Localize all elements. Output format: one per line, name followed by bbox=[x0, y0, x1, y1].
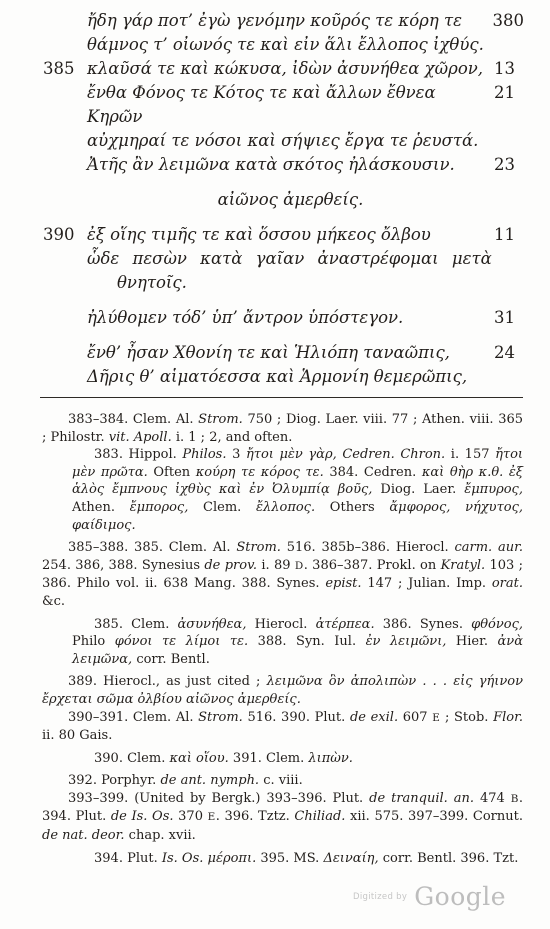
verse-line: αἰῶνος ἀμερθείς. bbox=[43, 188, 524, 212]
footnote-segment: Hier. bbox=[446, 634, 497, 649]
verse-line: ὧδε πεσὼν κατὰ γαῖαν ἀναστρέφομαι μετὰ bbox=[43, 247, 524, 271]
footnote-segment: orat. bbox=[492, 576, 523, 591]
footnote-segment: 516. 385b–386. Hierocl. bbox=[281, 540, 455, 555]
verse-ref-number: 24 bbox=[494, 341, 524, 365]
footnote-segment: de prov. bbox=[204, 558, 257, 573]
footnote-segment: corr. Bentl. bbox=[132, 652, 210, 667]
footnote-segment: i. 1 ; 2, and often. bbox=[172, 430, 293, 445]
footnote-segment: 392. Porphyr. bbox=[68, 773, 160, 788]
footnote-segment: 385. Clem. bbox=[94, 617, 178, 632]
footnote-segment: de Is. Os. bbox=[111, 809, 174, 824]
footnote-segment: 390–391. Clem. Al. bbox=[68, 710, 198, 725]
footnote-paragraph: 383. Hippol. Philos. 3 ἤτοι μὲν γὰρ, Ced… bbox=[72, 446, 523, 534]
footnote-segment: 384. Cedren. bbox=[324, 465, 422, 480]
footnote-segment: Strom. bbox=[198, 412, 243, 427]
footnote-segment: Flor. bbox=[493, 710, 523, 725]
verse-text: Δῆρις θ’ αἱματόεσσα καὶ Ἁρμονίη θεμερῶπι… bbox=[87, 365, 494, 389]
footnote-segment: ἔμπυρος, bbox=[464, 482, 523, 497]
footnote-segment: 389. Hierocl., as just cited ; bbox=[68, 674, 267, 689]
footnote-segment: de exil. bbox=[350, 710, 398, 725]
verse-text: ἠλύθομεν τόδ’ ὑπ’ ἄντρον ὑπόστεγον. bbox=[87, 306, 494, 330]
footnote-segment: E bbox=[208, 811, 216, 823]
footnote-segment: c. viii. bbox=[259, 773, 303, 788]
verse-block: ἤδη γάρ ποτ’ ἐγὼ γενόμην κοῦρός τε κόρη … bbox=[0, 0, 550, 389]
verse-line: αὐχμηραί τε νόσοι καὶ σήψιες ἔργα τε ῥευ… bbox=[43, 129, 524, 153]
footnote-segment: ἤτοι μὲν γὰρ, bbox=[246, 447, 337, 462]
verse-ref-number: 31 bbox=[494, 306, 524, 330]
footnote-segment: Often bbox=[148, 465, 196, 480]
footnote-segment: carm. aur. bbox=[454, 540, 523, 555]
footnote-segment: 147 ; Julian. Imp. bbox=[362, 576, 492, 591]
verse-text: ἤδη γάρ ποτ’ ἐγὼ γενόμην κοῦρός τε κόρη … bbox=[87, 9, 493, 33]
footnote-segment: &c. bbox=[42, 594, 65, 609]
footnote-segment: D bbox=[295, 560, 304, 572]
footnote-segment: epist. bbox=[325, 576, 361, 591]
footnote-segment: 3 bbox=[226, 447, 245, 462]
footnote-segment: Strom. bbox=[198, 710, 243, 725]
footnote-segment: B bbox=[511, 793, 519, 805]
footnote-paragraph: 390. Clem. καὶ οἵου. 391. Clem. λιπὼν. bbox=[72, 750, 523, 768]
footnote-paragraph: 390–391. Clem. Al. Strom. 516. 390. Plut… bbox=[42, 709, 523, 745]
footnote-segment: 254. 386, 388. Synesius bbox=[42, 558, 204, 573]
footnote-segment: 385–388. 385. Clem. Al. bbox=[68, 540, 236, 555]
footnote-paragraph: 385–388. 385. Clem. Al. Strom. 516. 385b… bbox=[42, 539, 523, 610]
verse-text: κλαῦσά τε καὶ κώκυσα, ἰδὼν ἀσυνήθεα χῶρο… bbox=[87, 57, 494, 81]
footnote-segment: καὶ οἵου. bbox=[169, 751, 228, 766]
verse-text: θνητοῖς. bbox=[87, 271, 494, 295]
footnote-segment: ἀτέρπεα. bbox=[316, 617, 375, 632]
footnote-segment: de tranquil. an. bbox=[369, 791, 474, 806]
book-page: ἤδη γάρ ποτ’ ἐγὼ γενόμην κοῦρός τε κόρη … bbox=[0, 0, 550, 929]
footnote-segment: 516. 390. Plut. bbox=[243, 710, 350, 725]
footnote-segment: 383. Hippol. bbox=[94, 447, 182, 462]
watermark: Digitized by Google bbox=[353, 882, 506, 911]
footnote-segment: 370 bbox=[174, 809, 208, 824]
verse-ref-number: 23 bbox=[494, 153, 524, 177]
verse-line: ἔνθ’ ἦσαν Χθονίη τε καὶ Ἡλιόπη ταναῶπις,… bbox=[43, 341, 524, 365]
footnote-segment: Athen. bbox=[72, 500, 130, 515]
footnote-segment: Cedren. Chron. bbox=[342, 447, 445, 462]
verse-line: 385κλαῦσά τε καὶ κώκυσα, ἰδὼν ἀσυνήθεα χ… bbox=[43, 57, 524, 81]
footnote-segment: ; Stob. bbox=[440, 710, 493, 725]
footnote-paragraph: 392. Porphyr. de ant. nymph. c. viii. bbox=[42, 772, 523, 790]
footnote-segment: ii. 80 Gais. bbox=[42, 728, 112, 743]
footnote-segment: Philos. bbox=[182, 447, 226, 462]
footnote-paragraph: 389. Hierocl., as just cited ; λειμῶνα ὃ… bbox=[42, 673, 523, 708]
footnote-segment: 607 bbox=[398, 710, 432, 725]
verse-text: θάμνος τ’ οἰωνός τε καὶ εἰν ἅλι ἔλλοπος … bbox=[87, 33, 494, 57]
footnote-segment: 394. Plut. bbox=[94, 851, 162, 866]
verse-ref-number: 13 bbox=[494, 57, 524, 81]
google-logo: Google bbox=[414, 882, 506, 911]
verse-line: 390ἐξ οἵης τιμῆς τε καὶ ὅσσου μήκεος ὄλβ… bbox=[43, 223, 524, 247]
verse-line: ἔνθα Φόνος τε Κότος τε καὶ ἄλλων ἔθνεα Κ… bbox=[43, 81, 524, 129]
digitized-by-label: Digitized by bbox=[353, 892, 407, 902]
verse-text: αὐχμηραί τε νόσοι καὶ σήψιες ἔργα τε ῥευ… bbox=[87, 129, 494, 153]
footnote-segment: . 396. Tztz. bbox=[216, 809, 295, 824]
footnote-segment: Chiliad. bbox=[294, 809, 345, 824]
footnotes-block: 383–384. Clem. Al. Strom. 750 ; Diog. La… bbox=[0, 398, 550, 867]
footnote-segment: de nat. deor. bbox=[42, 828, 125, 843]
footnote-segment: xii. 575. 397–399. Cornut. bbox=[345, 809, 523, 824]
footnote-segment: φόνοι τε λίμοι τε. bbox=[115, 634, 248, 649]
footnote-segment: chap. xvii. bbox=[125, 828, 196, 843]
footnote-segment: φθόνος, bbox=[471, 617, 523, 632]
footnote-segment: 390. Clem. bbox=[94, 751, 169, 766]
footnote-segment: Δειναίη, bbox=[323, 851, 378, 866]
footnote-segment: Hierocl. bbox=[246, 617, 315, 632]
footnote-segment: ἔμπορος, bbox=[130, 500, 189, 515]
verse-text: ὧδε πεσὼν κατὰ γαῖαν ἀναστρέφομαι μετὰ bbox=[87, 247, 494, 271]
footnote-paragraph: 394. Plut. Is. Os. μέροπι. 395. MS. Δειν… bbox=[72, 850, 523, 868]
verse-text: ἔνθα Φόνος τε Κότος τε καὶ ἄλλων ἔθνεα Κ… bbox=[87, 81, 494, 129]
footnote-segment: λιπὼν. bbox=[308, 751, 353, 766]
verse-ref-number: 21 bbox=[494, 81, 524, 105]
footnote-segment: Others bbox=[315, 500, 389, 515]
verse-text: ἐξ οἵης τιμῆς τε καὶ ὅσσου μήκεος ὄλβου bbox=[87, 223, 494, 247]
verse-text: αἰῶνος ἀμερθείς. bbox=[87, 188, 494, 212]
footnote-segment: i. 157 bbox=[445, 447, 495, 462]
footnote-segment: 393–399. (United by Bergk.) 393–396. Plu… bbox=[68, 791, 369, 806]
footnote-paragraph: 383–384. Clem. Al. Strom. 750 ; Diog. La… bbox=[42, 411, 523, 446]
verse-text: Ἀτῆς ἂν λειμῶνα κατὰ σκότος ἠλάσκουσιν. bbox=[87, 153, 494, 177]
footnote-segment: Clem. bbox=[188, 500, 256, 515]
verse-ref-number: 11 bbox=[494, 223, 524, 247]
footnote-segment: corr. Bentl. 396. Tzt. bbox=[379, 851, 519, 866]
footnote-paragraph: 385. Clem. ἀσυνήθεα, Hierocl. ἀτέρπεα. 3… bbox=[72, 616, 523, 669]
footnote-paragraph: 393–399. (United by Bergk.) 393–396. Plu… bbox=[42, 790, 523, 845]
verse-line: θνητοῖς. bbox=[43, 271, 524, 295]
verse-line-number: 390 bbox=[43, 223, 87, 247]
footnote-segment: 474 bbox=[474, 791, 511, 806]
footnote-segment: vit. Apoll. bbox=[109, 430, 172, 445]
verse-text: ἔνθ’ ἦσαν Χθονίη τε καὶ Ἡλιόπη ταναῶπις, bbox=[87, 341, 494, 365]
footnote-segment: ἀσυνήθεα, bbox=[178, 617, 247, 632]
footnote-segment: 386. Synes. bbox=[375, 617, 472, 632]
footnote-segment: Strom. bbox=[236, 540, 281, 555]
footnote-segment: Philo bbox=[72, 634, 115, 649]
verse-line-number: 385 bbox=[43, 57, 87, 81]
footnote-segment: i. 89 bbox=[257, 558, 295, 573]
footnote-segment: ἔλλοπος. bbox=[256, 500, 315, 515]
footnote-segment: Diog. Laer. bbox=[372, 482, 464, 497]
footnote-segment: μέροπι. bbox=[208, 851, 257, 866]
verse-line: ἠλύθομεν τόδ’ ὑπ’ ἄντρον ὑπόστεγον.31 bbox=[43, 306, 524, 330]
footnote-segment: Is. Os. bbox=[162, 851, 204, 866]
footnote-segment: κούρη τε κόρος τε. bbox=[196, 465, 324, 480]
footnote-segment: 391. Clem. bbox=[229, 751, 309, 766]
verse-line: Δῆρις θ’ αἱματόεσσα καὶ Ἁρμονίη θεμερῶπι… bbox=[43, 365, 524, 389]
footnote-segment: de ant. nymph. bbox=[160, 773, 259, 788]
footnote-segment: ἐν λειμῶνι, bbox=[366, 634, 447, 649]
verse-ref-number: 380 bbox=[493, 9, 525, 33]
footnote-segment: 383–384. Clem. Al. bbox=[68, 412, 198, 427]
footnote-segment: 388. Syn. Iul. bbox=[248, 634, 365, 649]
footnote-segment: 395. MS. bbox=[256, 851, 323, 866]
footnote-segment: . 386–387. Prokl. on bbox=[304, 558, 441, 573]
verse-line: θάμνος τ’ οἰωνός τε καὶ εἰν ἅλι ἔλλοπος … bbox=[43, 33, 524, 57]
verse-line: Ἀτῆς ἂν λειμῶνα κατὰ σκότος ἠλάσκουσιν.2… bbox=[43, 153, 524, 177]
footnote-segment: Kratyl. bbox=[441, 558, 486, 573]
verse-line: ἤδη γάρ ποτ’ ἐγὼ γενόμην κοῦρός τε κόρη … bbox=[43, 9, 524, 33]
